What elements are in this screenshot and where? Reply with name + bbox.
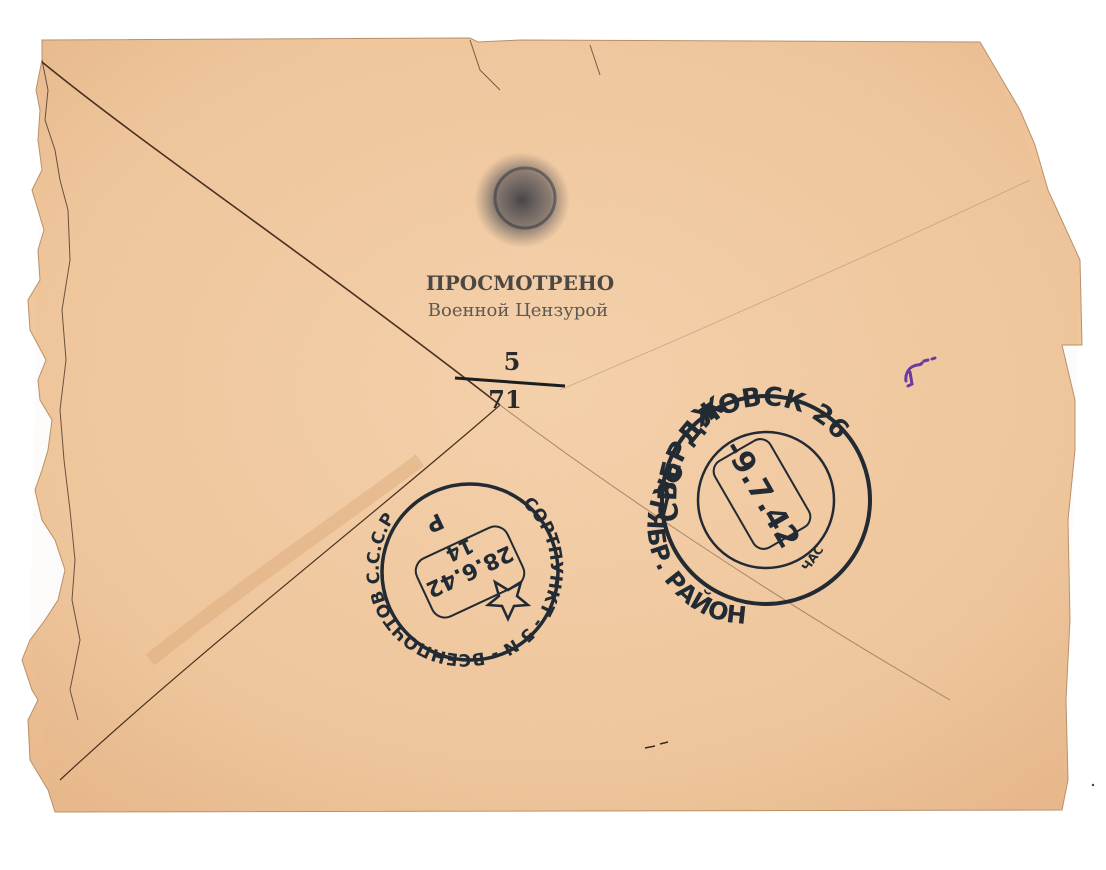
envelope-scene: ПРОСМОТРЕНО Военной Цензурой 5 71 СВЕРДЛ… [0, 0, 1106, 870]
censor-line2: Военной Цензурой [428, 300, 608, 321]
censor-line1: ПРОСМОТРЕНО [426, 271, 614, 295]
censor-numerator: 5 [504, 347, 521, 376]
censor-denominator: 71 [488, 385, 521, 414]
